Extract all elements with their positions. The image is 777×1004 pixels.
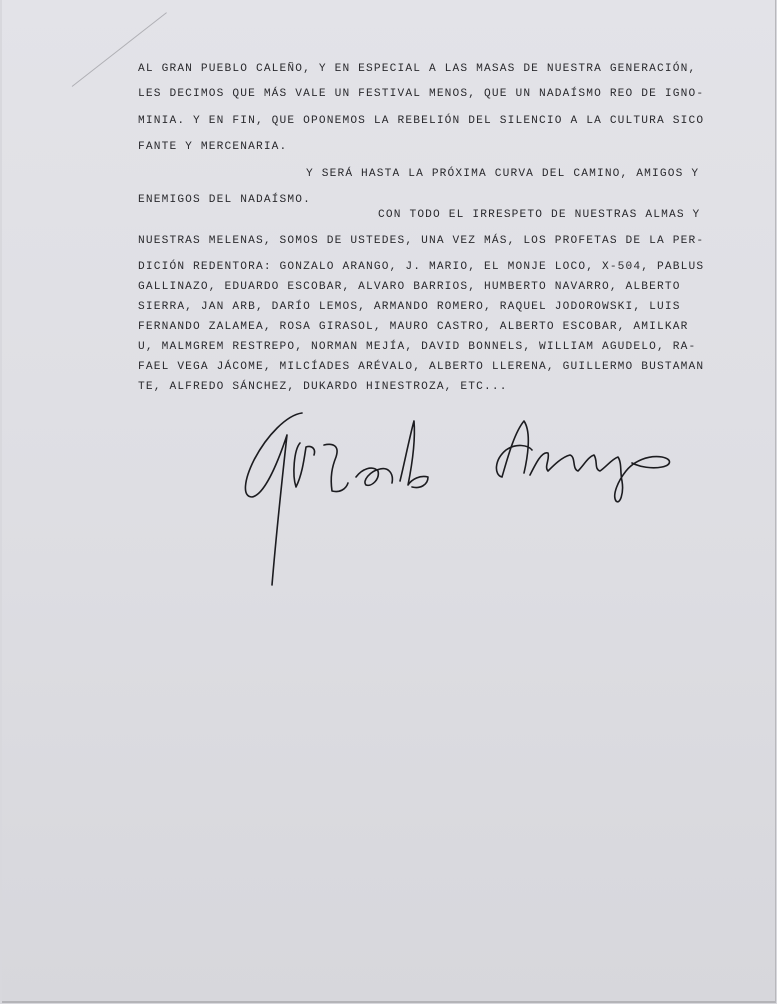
text-line-15: te, Alfredo Sánchez, Dukardo Hinestroza,… [138, 380, 508, 394]
text-line-11: Sierra, Jan Arb, Darío Lemos, Armando Ro… [138, 300, 681, 314]
text-line-7: Con todo el irrespeto de nuestras almas … [378, 208, 700, 222]
text-line-14: fael Vega Jácome, Milcíades Arévalo, Alb… [138, 360, 704, 374]
text-line-4: fante y mercenaria. [138, 140, 287, 154]
text-line-5: Y será hasta la próxima curva del camino… [306, 167, 699, 181]
handwritten-signature [232, 405, 702, 595]
text-line-10: Gallinazo, Eduardo Escobar, Alvaro Barri… [138, 280, 681, 294]
text-line-1: Al gran pueblo caleño, y en especial a l… [138, 62, 696, 76]
text-line-9: dición redentora: Gonzalo Arango, J. Mar… [138, 260, 704, 274]
text-line-2: les decimos que más vale un festival men… [138, 87, 704, 101]
text-line-3: minia. Y en fin, que oponemos la rebelió… [138, 114, 704, 128]
text-line-6: enemigos del Nadaísmo. [138, 193, 311, 207]
document-page: Al gran pueblo caleño, y en especial a l… [2, 0, 776, 1003]
text-line-12: Fernando Zalamea, Rosa Girasol, Mauro Ca… [138, 320, 688, 334]
text-line-13: U, Malmgrem Restrepo, Norman Mejía, Davi… [138, 340, 696, 354]
text-line-8: nuestras melenas, somos de ustedes, una … [138, 234, 704, 248]
